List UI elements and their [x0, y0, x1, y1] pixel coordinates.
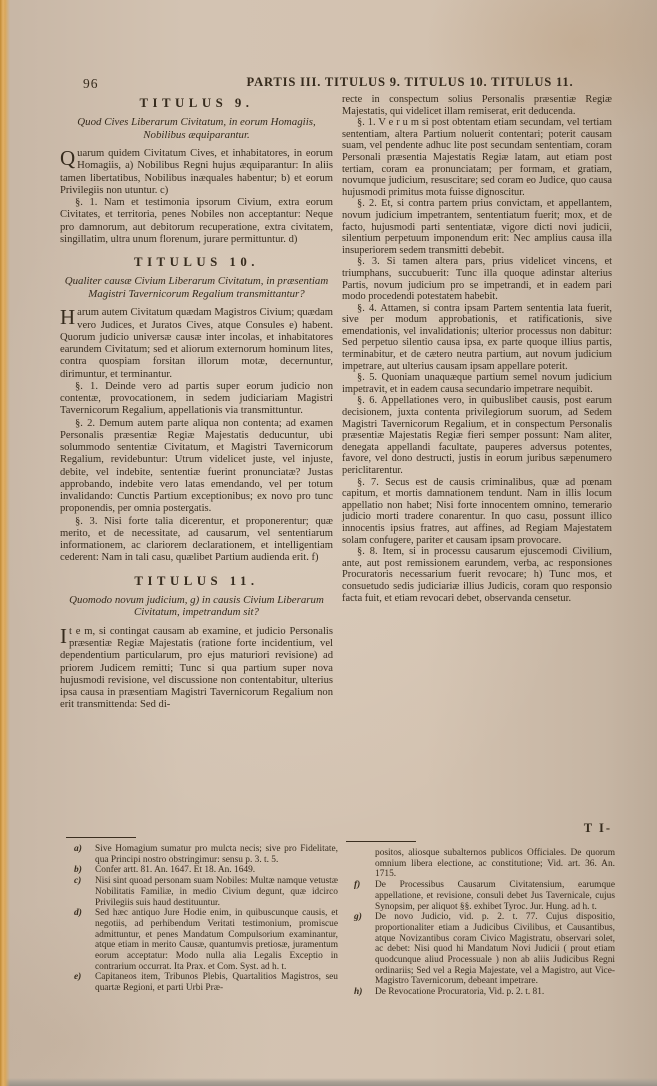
paragraph: §. 2. Et, si contra partem prius convict… — [342, 198, 612, 256]
titulus-9-heading: TITULUS 9. — [60, 96, 333, 111]
footnote-separator-rule — [346, 841, 416, 842]
running-title: PARTIS III. TITULUS 9. TITULUS 10. TITUL… — [160, 75, 657, 90]
right-column: recte in conspectum solius Personalis pr… — [342, 94, 612, 604]
book-page-scan: 96 PARTIS III. TITULUS 9. TITULUS 10. TI… — [0, 0, 657, 1086]
footnote-text: positos, aliosque subalternos publicos O… — [375, 848, 615, 879]
footnote-label: e) — [74, 972, 81, 983]
footnote-text: Nisi sint quoad personam suam Nobiles: M… — [95, 876, 338, 907]
paragraph-text: arum autem Civitatum quædam Magistros Ci… — [60, 307, 333, 379]
paragraph-text: t e m, si contingat causam ab examine, e… — [60, 626, 333, 711]
paragraph: §. 8. Item, si in processu causarum ejus… — [342, 546, 612, 604]
footnote: c)Nisi sint quoad personam suam Nobiles:… — [62, 876, 338, 908]
right-footnotes: positos, aliosque subalternos publicos O… — [342, 841, 615, 998]
footnote-separator-rule — [66, 837, 136, 838]
left-column: TITULUS 9. Quod Cives Liberarum Civitatu… — [60, 94, 333, 712]
footnote-label: g) — [354, 912, 362, 923]
drop-capital: Q — [60, 148, 77, 167]
footnote-continuation: positos, aliosque subalternos publicos O… — [342, 848, 615, 880]
footnote: d)Sed hæc antiquo Jure Hodie enim, in qu… — [62, 908, 338, 972]
paragraph: §. 1. Deinde vero ad partis super eorum … — [60, 381, 333, 418]
drop-capital: H — [60, 307, 77, 326]
paragraph: Harum autem Civitatum quædam Magistros C… — [60, 307, 333, 381]
paragraph: §. 5. Quoniam unaquæque partium semel no… — [342, 372, 612, 395]
footnote: f)De Processibus Causarum Civitatensium,… — [342, 880, 615, 912]
footnote-label: d) — [74, 908, 82, 919]
footnote-text: De novo Judicio, vid. p. 2. t. 77. Cujus… — [375, 912, 615, 986]
paragraph: §. 3. Nisi forte talia dicerentur, et pr… — [60, 516, 333, 565]
footnote-text: Sive Homagium sumatur pro mulcta necis; … — [95, 844, 338, 865]
paragraph-text: uarum quidem Civitatum Cives, et inhabit… — [60, 148, 333, 196]
footnote-text: De Revocatione Procuratoria, Vid. p. 2. … — [375, 987, 544, 997]
titulus-11-subtitle: Quomodo novum judicium, g) in causis Civ… — [64, 594, 329, 619]
paragraph: §. 1. Nam et testimonia ipsorum Civium, … — [60, 197, 333, 246]
titulus-10-subtitle: Qualiter causæ Civium Liberarum Civitatu… — [64, 275, 329, 300]
paragraph: §. 6. Appellationes vero, in quibuslibet… — [342, 395, 612, 476]
page-number: 96 — [83, 76, 99, 92]
titulus-11-heading: TITULUS 11. — [60, 574, 333, 589]
paragraph: §. 7. Secus est de causis criminalibus, … — [342, 477, 612, 547]
footnote-text: De Processibus Causarum Civitatensium, e… — [375, 880, 615, 911]
footnote: b)Confer artt. 81. An. 1647. Et 18. An. … — [62, 865, 338, 876]
footnote-text: Confer artt. 81. An. 1647. Et 18. An. 16… — [95, 865, 255, 875]
paragraph: recte in conspectum solius Personalis pr… — [342, 94, 612, 117]
footnote-label: a) — [74, 844, 82, 855]
titulus-9-subtitle: Quod Cives Liberarum Civitatum, in eorum… — [64, 116, 329, 141]
footnote-label: c) — [74, 876, 81, 887]
footnote: a)Sive Homagium sumatur pro mulcta necis… — [62, 844, 338, 865]
paragraph: Quarum quidem Civitatum Cives, et inhabi… — [60, 148, 333, 197]
paragraph: It e m, si contingat causam ab examine, … — [60, 626, 333, 712]
paragraph: §. 3. Si tamen altera pars, prius videli… — [342, 256, 612, 302]
footnote-text: Capitaneos item, Tribunos Plebis, Quarta… — [95, 972, 338, 993]
drop-capital: I — [60, 626, 69, 645]
paragraph: §. 4. Attamen, si contra ipsam Partem se… — [342, 303, 612, 373]
footnote-label: b) — [74, 865, 82, 876]
footnote: e)Capitaneos item, Tribunos Plebis, Quar… — [62, 972, 338, 993]
footnote-label: f) — [354, 880, 360, 891]
titulus-10-heading: TITULUS 10. — [60, 255, 333, 270]
footnote-text: Sed hæc antiquo Jure Hodie enim, in quib… — [95, 908, 338, 972]
left-footnotes: a)Sive Homagium sumatur pro mulcta necis… — [62, 837, 338, 994]
footnote: g)De novo Judicio, vid. p. 2. t. 77. Cuj… — [342, 912, 615, 987]
catchword: T I- — [540, 821, 612, 836]
footnote: h)De Revocatione Procuratoria, Vid. p. 2… — [342, 987, 615, 998]
paragraph: §. 1. V e r u m si post obtentam etiam s… — [342, 117, 612, 198]
footnote-label: h) — [354, 987, 362, 998]
paragraph: §. 2. Demum autem parte aliqua non conte… — [60, 418, 333, 516]
